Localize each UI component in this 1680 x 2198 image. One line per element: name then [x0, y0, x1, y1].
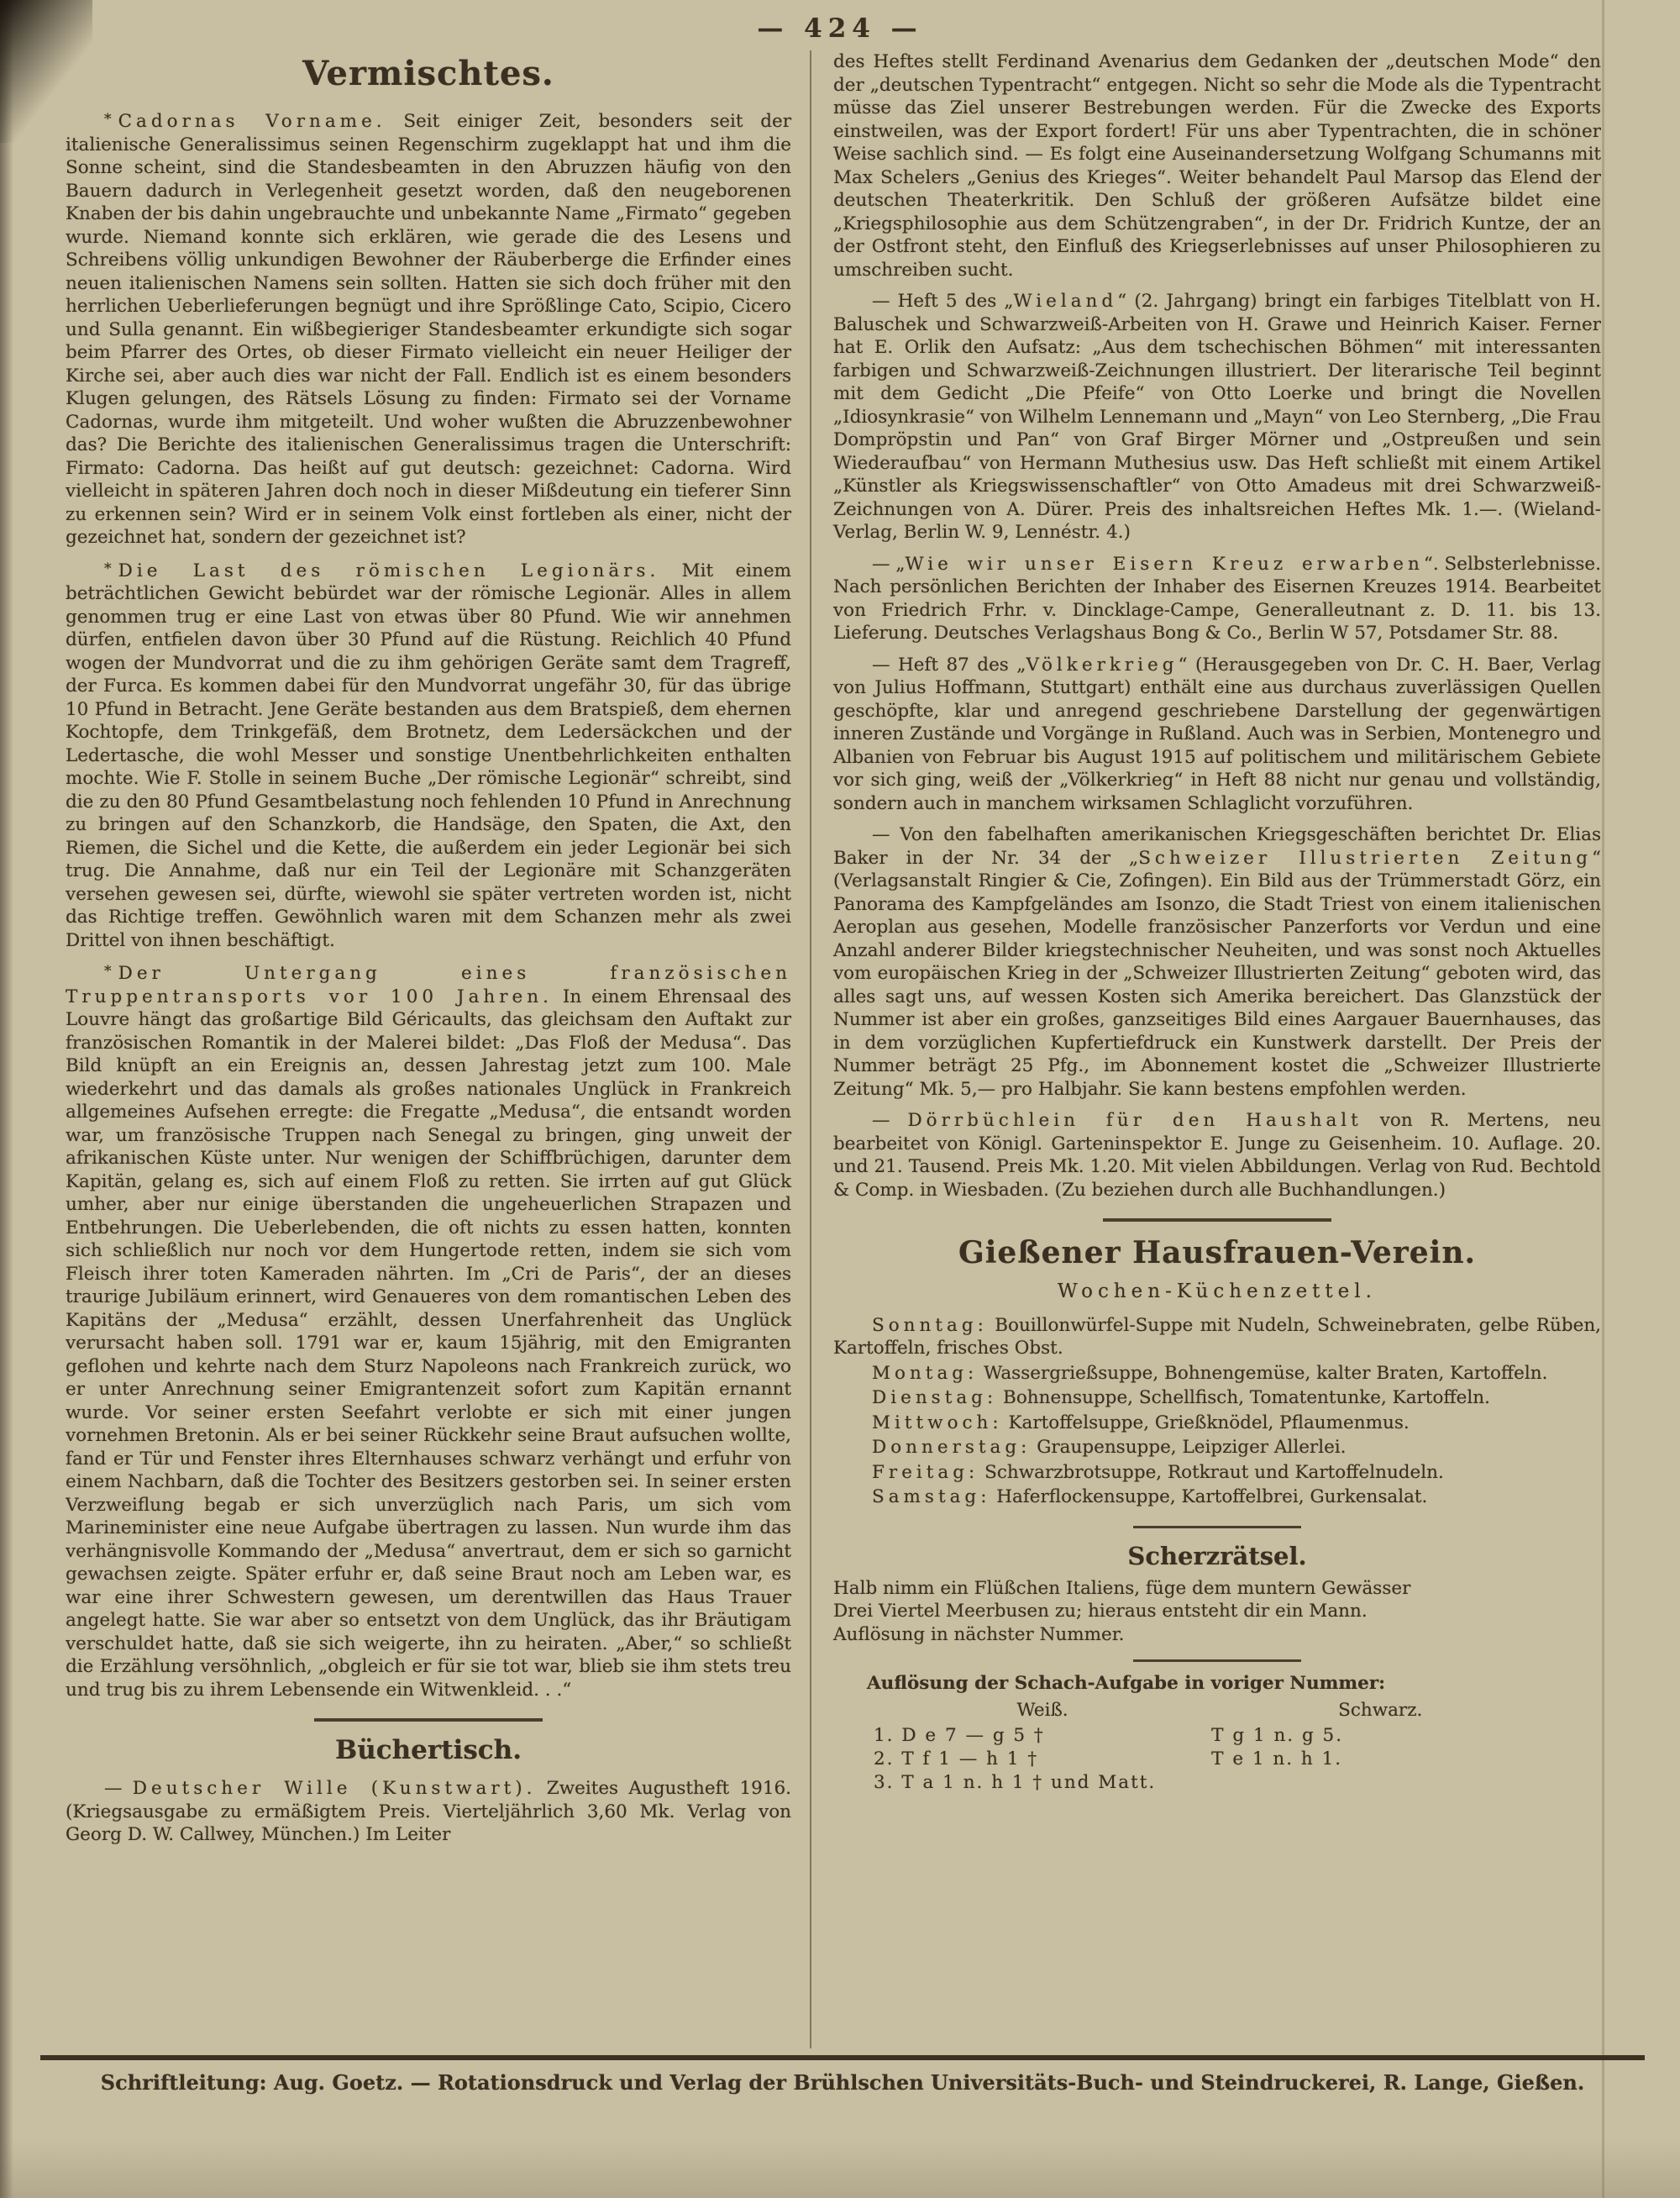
- day-label: Dienstag:: [872, 1387, 997, 1408]
- continuation-paragraph: des Heftes stellt Ferdinand Avenarius de…: [833, 50, 1601, 281]
- article-text: In einem Ehrensaal des Louvre hängt das …: [66, 986, 791, 1701]
- item-title: Völkerkrieg: [1026, 655, 1178, 676]
- left-column: Vermischtes. *Cadornas Vorname. Seit ein…: [66, 50, 810, 2048]
- article-text: Mit einem beträchtlichen Gewicht bebürde…: [66, 560, 791, 951]
- day-menu: Graupensuppe, Leipziger Allerlei.: [1037, 1437, 1346, 1458]
- section-divider-rule: [1103, 1218, 1331, 1222]
- section-divider-rule: [1133, 1659, 1301, 1662]
- article-cadornas-vorname: *Cadornas Vorname. Seit einiger Zeit, be…: [66, 108, 791, 549]
- riddle-block: Halb nimm ein Flüßchen Italiens, füge de…: [833, 1577, 1601, 1647]
- day-menu: Kartoffelsuppe, Grießknödel, Pflaumenmus…: [1009, 1412, 1410, 1433]
- article-text: Seit einiger Zeit, besonders seit der it…: [66, 111, 791, 548]
- scan-bottom-shadow: [0, 2139, 1680, 2198]
- item-lead: — Heft 5 des „: [872, 291, 1014, 312]
- day-label: Samstag:: [872, 1486, 990, 1507]
- item-text: “ (2. Jahrgang) bringt ein farbiges Tite…: [833, 291, 1601, 543]
- review-item-eisern-kreuz: — „Wie wir unser Eisern Kreuz erwarben“.…: [833, 553, 1601, 645]
- article-title: Cadornas Vorname.: [118, 111, 386, 132]
- riddle-line: Drei Viertel Meerbusen zu; hieraus entst…: [833, 1600, 1601, 1623]
- item-dash: —: [104, 1778, 133, 1799]
- item-text: “ (Verlagsanstalt Ringier & Cie, Zofinge…: [833, 848, 1601, 1100]
- scan-left-edge-shadow: [0, 0, 13, 2198]
- riddle-solution-note: Auflösung in nächster Nummer.: [833, 1623, 1601, 1647]
- review-item-doerrbuechlein: — Dörrbüchlein für den Haushalt von R. M…: [833, 1109, 1601, 1202]
- right-column: des Heftes stellt Ferdinand Avenarius de…: [810, 50, 1601, 2048]
- article-last-des-legionaers: *Die Last des römischen Legionärs. Mit e…: [66, 558, 791, 953]
- chess-solution-block: Auflösung der Schach-Aufgabe in voriger …: [833, 1672, 1601, 1795]
- chess-move-black: T g 1 n. g 5.: [1211, 1724, 1549, 1748]
- day-label: Mittwoch:: [872, 1412, 1003, 1433]
- article-star-mark: *: [104, 963, 112, 980]
- chess-moves-table: Weiß. Schwarz. 1. D e 7 — g 5 † T g 1 n.…: [874, 1699, 1549, 1795]
- day-menu: Wassergrießsuppe, Bohnengemüse, kalter B…: [984, 1363, 1547, 1384]
- day-label: Sonntag:: [872, 1315, 988, 1336]
- day-menu: Haferflockensuppe, Kartoffelbrei, Gurken…: [996, 1486, 1427, 1507]
- day-menu: Bohnensuppe, Schellfisch, Tomatentunke, …: [1003, 1387, 1490, 1408]
- menu-day-mittwoch: Mittwoch: Kartoffelsuppe, Grießknödel, P…: [833, 1412, 1601, 1435]
- day-label: Montag:: [872, 1363, 978, 1384]
- weekly-menu-list: Sonntag: Bouillonwürfel-Suppe mit Nudeln…: [833, 1314, 1601, 1509]
- chess-move-black: [1211, 1771, 1549, 1795]
- menu-day-dienstag: Dienstag: Bohnensuppe, Schellfisch, Toma…: [833, 1386, 1601, 1410]
- chess-white-label: Weiß.: [874, 1699, 1211, 1722]
- item-title: Wie wir unser Eisern Kreuz erwarben: [905, 554, 1423, 575]
- chess-move-white: 2. T f 1 — h 1 †: [874, 1748, 1211, 1771]
- section-divider-rule: [1133, 1526, 1301, 1528]
- page-number: — 424 —: [0, 13, 1680, 44]
- chess-move-white: 3. T a 1 n. h 1 † und Matt.: [874, 1771, 1211, 1795]
- article-title: Die Last des römischen Legionärs.: [118, 560, 660, 581]
- section-title-hausfrauen-verein: Gießener Hausfrauen-Verein.: [833, 1235, 1601, 1270]
- review-item-schweizer-illustrierte: — Von den fabelhaften amerikanischen Kri…: [833, 823, 1601, 1101]
- section-title-scherzraetsel: Scherzrätsel.: [833, 1542, 1601, 1570]
- item-lead: — „: [872, 554, 905, 575]
- item-title: Dörrbüchlein für den Haushalt: [907, 1110, 1362, 1131]
- item-lead: — Heft 87 des „: [872, 655, 1026, 676]
- kuechenzettel-subtitle: Wochen-Küchenzettel.: [833, 1280, 1601, 1304]
- menu-day-montag: Montag: Wassergrießsuppe, Bohnengemüse, …: [833, 1362, 1601, 1386]
- section-title-vermischtes: Vermischtes.: [66, 54, 791, 93]
- article-star-mark: *: [104, 560, 112, 577]
- menu-day-freitag: Freitag: Schwarzbrotsuppe, Rotkraut und …: [833, 1461, 1601, 1485]
- item-title: Wieland: [1014, 291, 1118, 312]
- imprint-footer: Schriftleitung: Aug. Goetz. — Rotationsd…: [40, 2055, 1645, 2095]
- item-title: Schweizer Illustrierten Zeitung: [1138, 848, 1592, 869]
- section-divider-rule: [314, 1718, 543, 1722]
- item-text: “ (Herausgegeben von Dr. C. H. Baer, Ver…: [833, 655, 1601, 814]
- imprint-text: Schriftleitung: Aug. Goetz. — Rotationsd…: [101, 2070, 1584, 2095]
- menu-day-sonntag: Sonntag: Bouillonwürfel-Suppe mit Nudeln…: [833, 1314, 1601, 1360]
- day-label: Donnerstag:: [872, 1437, 1031, 1458]
- buechertisch-item: — Deutscher Wille (Kunstwart). Zweites A…: [66, 1777, 791, 1847]
- review-item-wieland: — Heft 5 des „Wieland“ (2. Jahrgang) bri…: [833, 290, 1601, 544]
- chess-move-white: 1. D e 7 — g 5 †: [874, 1724, 1211, 1748]
- article-untergang-truppentransport: *Der Untergang eines französischen Trupp…: [66, 960, 791, 1701]
- riddle-line: Halb nimm ein Flüßchen Italiens, füge de…: [833, 1577, 1601, 1601]
- day-menu: Schwarzbrotsuppe, Rotkraut und Kartoffel…: [984, 1462, 1444, 1483]
- day-label: Freitag:: [872, 1462, 979, 1483]
- menu-day-samstag: Samstag: Haferflockensuppe, Kartoffelbre…: [833, 1485, 1601, 1509]
- chess-move-black: T e 1 n. h 1.: [1211, 1748, 1549, 1771]
- page-edge-crease: [1602, 0, 1604, 2198]
- chess-solution-title: Auflösung der Schach-Aufgabe in voriger …: [833, 1672, 1601, 1696]
- article-star-mark: *: [104, 111, 112, 128]
- two-column-layout: Vermischtes. *Cadornas Vorname. Seit ein…: [66, 50, 1601, 2048]
- review-item-voelkerkrieg: — Heft 87 des „Völkerkrieg“ (Herausgegeb…: [833, 654, 1601, 816]
- section-title-buechertisch: Büchertisch.: [66, 1735, 791, 1765]
- chess-black-label: Schwarz.: [1211, 1699, 1549, 1722]
- item-title: Deutscher Wille (Kunstwart).: [133, 1778, 537, 1799]
- item-lead: —: [872, 1110, 907, 1131]
- menu-day-donnerstag: Donnerstag: Graupensuppe, Leipziger Alle…: [833, 1436, 1601, 1459]
